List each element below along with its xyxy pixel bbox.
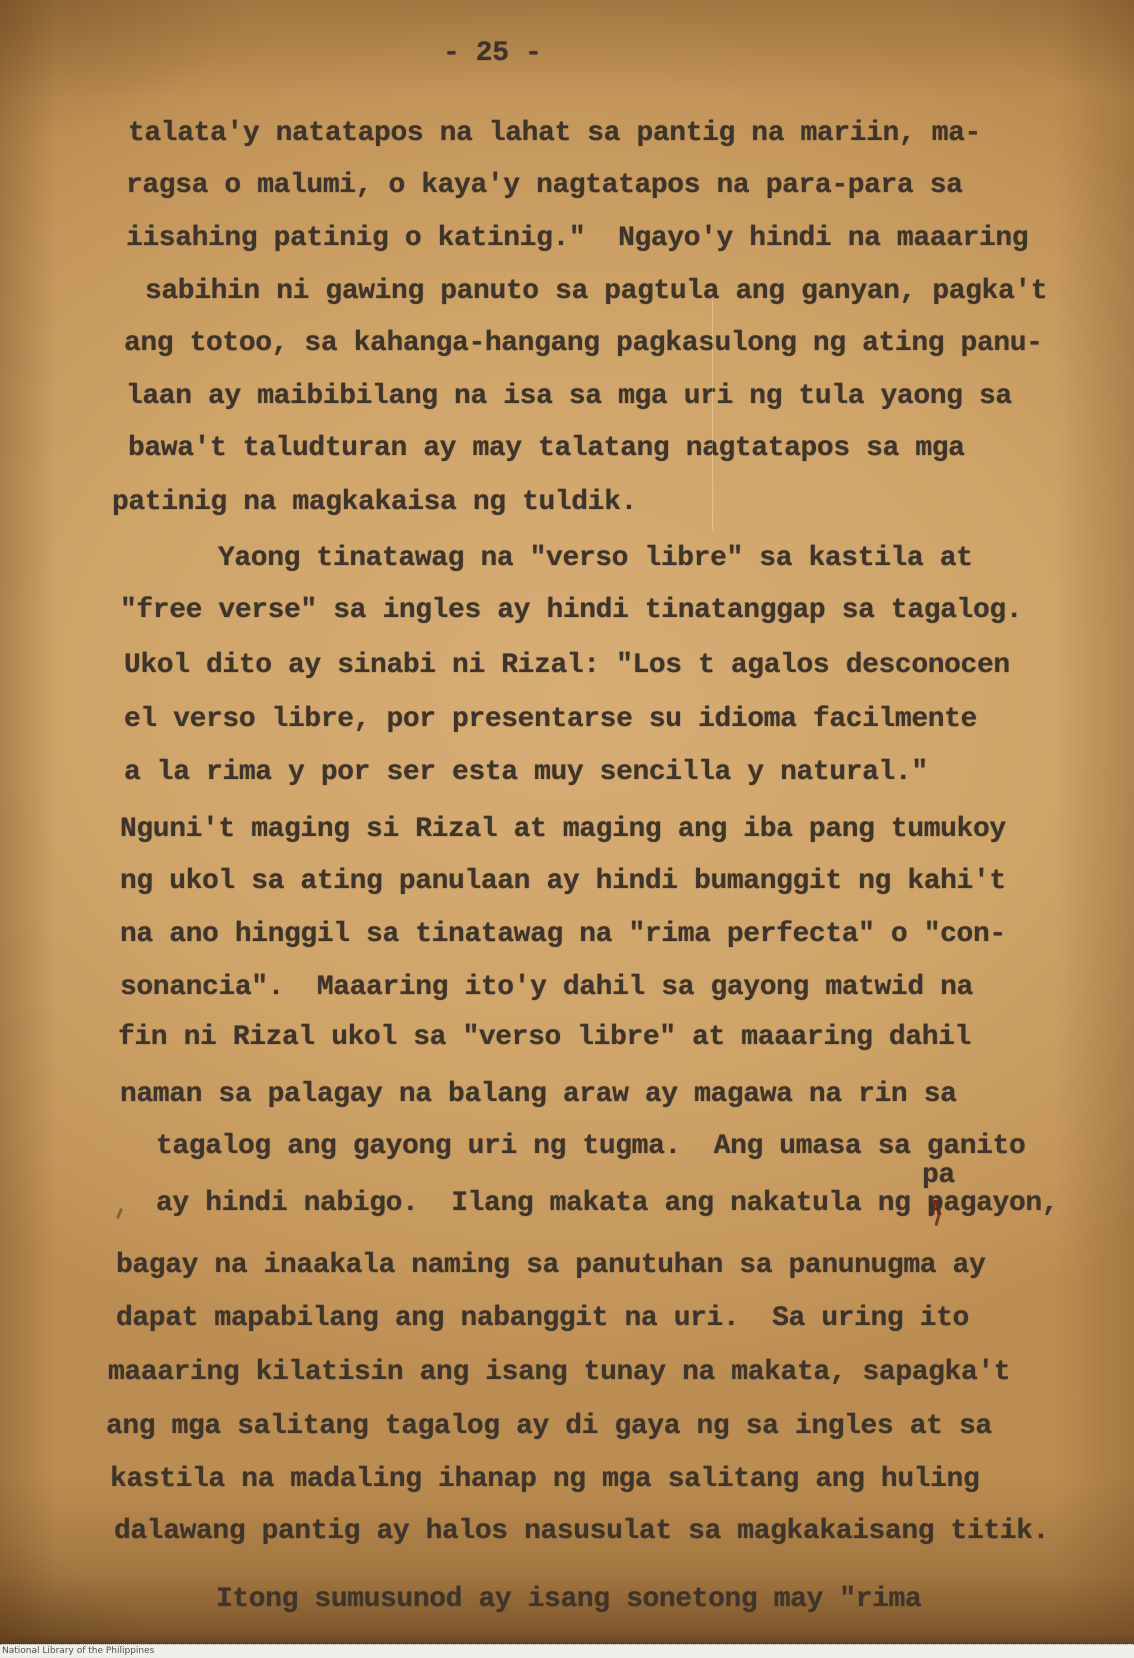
typescript-line: patinig na magkakaisa ng tuldik. [112,487,637,518]
typescript-line: naman sa palagay na balang araw ay magaw… [120,1079,957,1110]
typescript-line: a la rima y por ser esta muy sencilla y … [124,757,928,788]
typescript-line: Nguni't maging si Rizal at maging ang ib… [120,814,1006,845]
typescript-line: sabihin ni gawing panuto sa pagtula ang … [145,276,1047,307]
typescript-line: dalawang pantig ay halos nasusulat sa ma… [114,1516,1049,1547]
typescript-line: dapat mapabilang ang nabanggit na uri. S… [116,1303,969,1334]
footer-strip: National Library of the Philippines [0,1644,1134,1658]
watermark-text: National Library of the Philippines [2,1646,154,1656]
typescript-line: ang mga salitang tagalog ay di gaya ng s… [106,1411,992,1442]
typescript-line: ang totoo, sa kahanga-hangang pagkasulon… [124,328,1043,359]
typescript-line: tagalog ang gayong uri ng tugma. Ang uma… [156,1131,1025,1162]
typescript-line: Itong sumusunod ay isang sonetong may "r… [216,1584,921,1615]
stray-ink-mark [116,1208,123,1219]
typescript-line: el verso libre, por presentarse su idiom… [124,704,977,735]
typescript-line: bagay na inaakala naming sa panutuhan sa… [116,1250,985,1281]
inserted-word: pa [922,1160,955,1191]
typescript-line: sonancia". Maaaring ito'y dahil sa gayon… [120,972,973,1003]
typescript-line: fin ni Rizal ukol sa "verso libre" at ma… [118,1022,971,1053]
typescript-line: Ukol dito ay sinabi ni Rizal: "Los t aga… [124,650,1010,681]
typescript-line: talata'y natatapos na lahat sa pantig na… [128,118,981,149]
typescript-line: ng ukol sa ating panulaan ay hindi buman… [120,866,1006,897]
typescript-line-with-insertion: ay hindi nabigo. Ilang makata ang nakatu… [156,1188,1058,1219]
page-number: - 25 - [443,38,541,69]
typescript-line: Yaong tinatawag na "verso libre" sa kast… [218,543,973,574]
typescript-line: maaaring kilatisin ang isang tunay na ma… [108,1357,1010,1388]
typescript-line: "free verse" sa ingles ay hindi tinatang… [120,595,1022,626]
typescript-line: laan ay maibibilang na isa sa mga uri ng… [126,381,1012,412]
typescript-line: na ano hinggil sa tinatawag na "rima per… [120,919,1006,950]
typescript-line: bawa't taludturan ay may talatang nagtat… [128,433,965,464]
typescript-line: ragsa o malumi, o kaya'y nagtatapos na p… [126,170,963,201]
paper-crease [712,300,713,530]
typescript-line: kastila na madaling ihanap ng mga salita… [110,1464,979,1495]
typescript-line: iisahing patinig o katinig." Ngayo'y hin… [126,223,1028,254]
typescript-page: - 25 - talata'y natatapos na lahat sa pa… [0,0,1134,1658]
